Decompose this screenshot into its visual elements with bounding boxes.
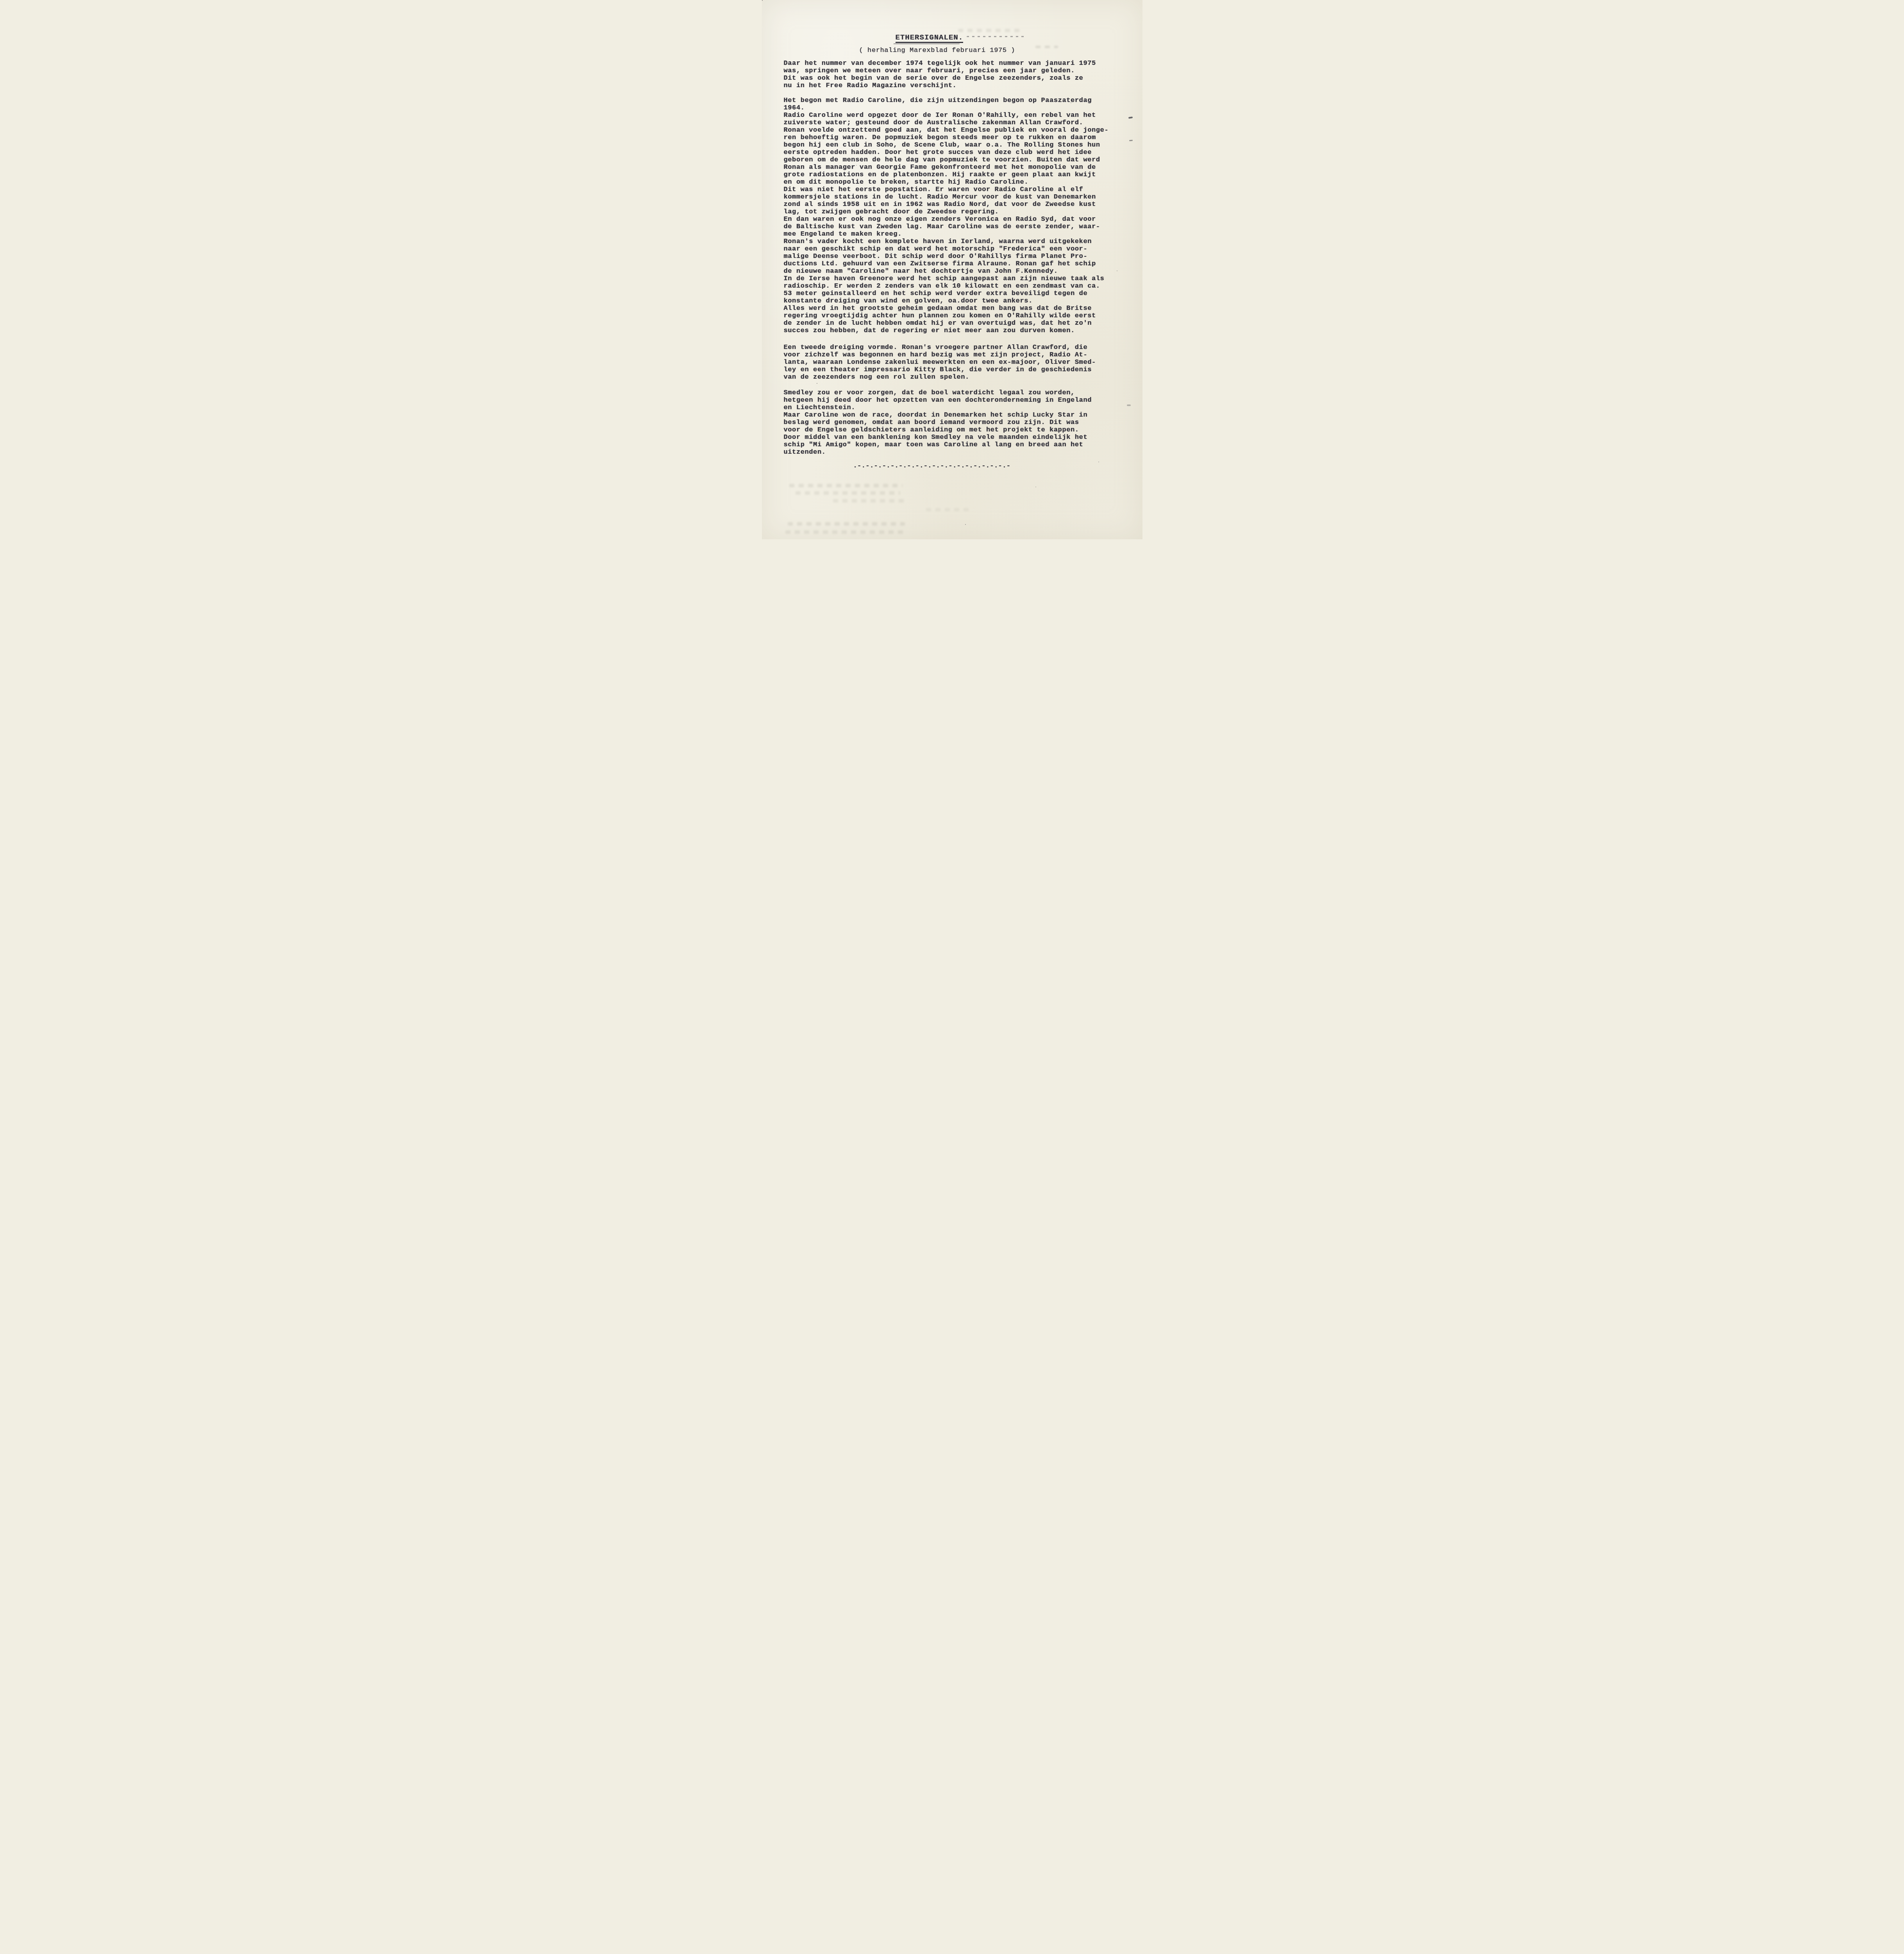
typed-separator-line: .-.-.-.-.-.-.-.-.-.-.-.-.-.-.-.-.-.-.- bbox=[853, 462, 1142, 470]
text-line: lag, tot zwijgen gebracht door de Zweeds… bbox=[784, 208, 1121, 216]
bleedthrough-ghost-text bbox=[788, 522, 905, 526]
text-line: Dit was ook het begin van de serie over … bbox=[784, 75, 1121, 82]
bleedthrough-ghost-text bbox=[926, 508, 973, 511]
text-line: nu in het Free Radio Magazine verschijnt… bbox=[784, 82, 1121, 89]
text-line: Ronan's vader kocht een komplete haven i… bbox=[784, 238, 1121, 245]
bleedthrough-ghost-text bbox=[967, 36, 1026, 37]
text-line: Alles werd in het grootste geheim gedaan… bbox=[784, 305, 1121, 312]
text-line: uitzenden. bbox=[784, 449, 1121, 456]
bleedthrough-ghost-text bbox=[1035, 46, 1058, 48]
text-line: de zender in de lucht hebben omdat hij e… bbox=[784, 320, 1121, 327]
text-line: Ronan als manager van Georgie Fame gekon… bbox=[784, 164, 1121, 171]
text-line: In de Ierse haven Greenore werd het schi… bbox=[784, 275, 1121, 283]
text-line: van de zeezenders nog een rol zullen spe… bbox=[784, 374, 1121, 381]
text-line: malige Deense veerboot. Dit schip werd d… bbox=[784, 253, 1121, 260]
text-line: ren behoeftig waren. De popmuziek begon … bbox=[784, 134, 1121, 141]
text-line: en Liechtenstein. bbox=[784, 404, 1121, 412]
document-subtitle: ( herhaling Marexblad februari 1975 ) bbox=[859, 47, 1142, 54]
paragraph: Het begon met Radio Caroline, die zijn u… bbox=[784, 97, 1121, 335]
text-line: 1964. bbox=[784, 104, 1121, 112]
text-line: begon hij een club in Soho, de Scene Clu… bbox=[784, 141, 1121, 149]
text-line: Daar het nummer van december 1974 tegeli… bbox=[784, 60, 1121, 67]
typewritten-body: Daar het nummer van december 1974 tegeli… bbox=[762, 60, 1142, 456]
text-line: ductions Ltd. gehuurd van een Zwitserse … bbox=[784, 260, 1121, 268]
text-line: Smedley zou er voor zorgen, dat de boel … bbox=[784, 389, 1121, 397]
text-line: Maar Caroline won de race, doordat in De… bbox=[784, 412, 1121, 419]
text-line: en om dit monopolie te breken, startte h… bbox=[784, 179, 1121, 186]
text-line: 53 meter geinstalleerd en het schip werd… bbox=[784, 290, 1121, 297]
bleedthrough-ghost-text bbox=[796, 491, 900, 495]
text-line: kommersjele stations in de lucht. Radio … bbox=[784, 193, 1121, 201]
document-header: ETHERSIGNALEN. ( herhaling Marexblad feb… bbox=[762, 0, 1142, 54]
text-line: grote radiostations en de platenbonzen. … bbox=[784, 171, 1121, 179]
text-line: lanta, waaraan Londense zakenlui meewerk… bbox=[784, 359, 1121, 366]
bleedthrough-ghost-text bbox=[833, 499, 906, 503]
text-line: Radio Caroline werd opgezet door de Ier … bbox=[784, 112, 1121, 119]
paragraph: Smedley zou er voor zorgen, dat de boel … bbox=[784, 389, 1121, 456]
text-line: En dan waren er ook nog onze eigen zende… bbox=[784, 216, 1121, 223]
bleedthrough-ghost-text bbox=[958, 29, 1024, 32]
bleedthrough-ghost-text bbox=[785, 530, 906, 534]
text-line: Door middel van een banklening kon Smedl… bbox=[784, 434, 1121, 441]
text-line: Ronan voelde ontzettend goed aan, dat he… bbox=[784, 127, 1121, 134]
text-line: Het begon met Radio Caroline, die zijn u… bbox=[784, 97, 1121, 104]
text-line: mee Engeland te maken kreeg. bbox=[784, 231, 1121, 238]
text-line: zuiverste water; gesteund door de Austra… bbox=[784, 119, 1121, 127]
text-line: voor de Engelse geldschieters aanleiding… bbox=[784, 426, 1121, 434]
paragraph: Een tweede dreiging vormde. Ronan's vroe… bbox=[784, 344, 1121, 381]
text-line: beslag werd genomen, omdat aan boord iem… bbox=[784, 419, 1121, 426]
text-line: ley en een theater impressario Kitty Bla… bbox=[784, 366, 1121, 374]
text-line: succes zou hebben, dat de regering er ni… bbox=[784, 327, 1121, 335]
text-line: geboren om de mensen de hele dag van pop… bbox=[784, 156, 1121, 164]
text-line: konstante dreiging van wind en golven, o… bbox=[784, 297, 1121, 305]
text-line: Dit was niet het eerste popstation. Er w… bbox=[784, 186, 1121, 193]
scanned-document-page: ETHERSIGNALEN. ( herhaling Marexblad feb… bbox=[762, 0, 1142, 539]
bleedthrough-ghost-text bbox=[789, 484, 903, 487]
text-line: was, springen we meteen over naar februa… bbox=[784, 67, 1121, 75]
text-line: hetgeen hij deed door het opzetten van e… bbox=[784, 397, 1121, 404]
text-line: eerste optreden hadden. Door het grote s… bbox=[784, 149, 1121, 156]
text-line: voor zichzelf was begonnen en hard bezig… bbox=[784, 351, 1121, 359]
text-line: de nieuwe naam "Caroline" naar het docht… bbox=[784, 268, 1121, 275]
paper-speck bbox=[762, 0, 763, 1]
text-line: de Baltische kust van Zweden lag. Maar C… bbox=[784, 223, 1121, 231]
text-line: schip "Mi Amigo" kopen, maar toen was Ca… bbox=[784, 441, 1121, 449]
text-line: radioschip. Er werden 2 zenders van elk … bbox=[784, 283, 1121, 290]
document-title: ETHERSIGNALEN. bbox=[896, 34, 964, 43]
text-line: naar een geschikt schip en dat werd het … bbox=[784, 245, 1121, 253]
paragraph: Daar het nummer van december 1974 tegeli… bbox=[784, 60, 1121, 89]
text-line: Een tweede dreiging vormde. Ronan's vroe… bbox=[784, 344, 1121, 351]
text-line: regering vroegtijdig achter hun plannen … bbox=[784, 312, 1121, 320]
text-line: zond al sinds 1958 uit en in 1962 was Ra… bbox=[784, 201, 1121, 208]
paper-edge-mark bbox=[1127, 404, 1131, 406]
